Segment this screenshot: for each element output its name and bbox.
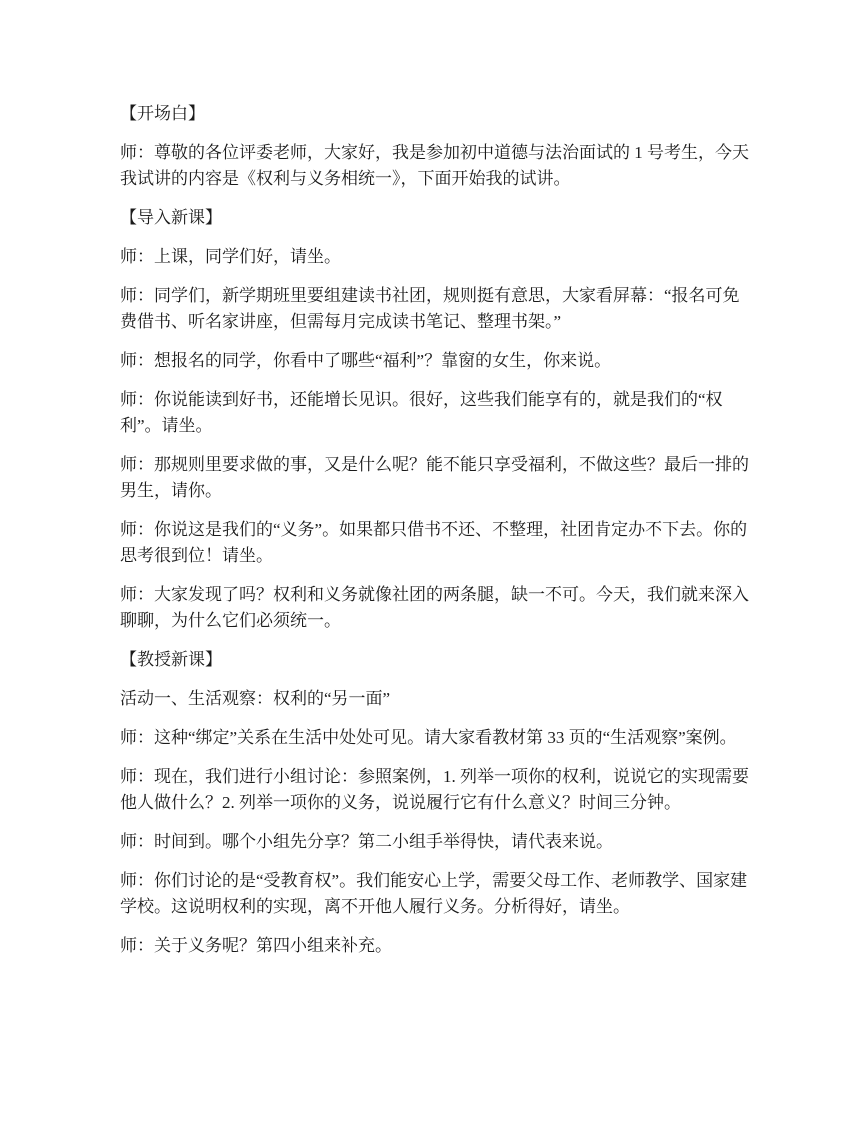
document-body: 【开场白】师：尊敬的各位评委老师，大家好，我是参加初中道德与法治面试的 1 号考… [120,101,752,972]
section-heading: 【开场白】 [120,101,752,127]
script-paragraph: 师：上课，同学们好，请坐。 [120,244,752,270]
script-paragraph: 师：那规则里要求做的事，又是什么呢？能不能只享受福利，不做这些？最后一排的男生，… [120,452,752,504]
document-page: 【开场白】师：尊敬的各位评委老师，大家好，我是参加初中道德与法治面试的 1 号考… [0,0,866,1122]
section-heading: 【导入新课】 [120,205,752,231]
script-paragraph: 活动一、生活观察：权利的“另一面” [120,686,752,712]
script-paragraph: 师：你说能读到好书，还能增长见识。很好，这些我们能享有的，就是我们的“权利”。请… [120,387,752,439]
script-paragraph: 师：大家发现了吗？权利和义务就像社团的两条腿，缺一不可。今天，我们就来深入聊聊，… [120,582,752,634]
script-paragraph: 师：你说这是我们的“义务”。如果都只借书不还、不整理，社团肯定办不下去。你的思考… [120,517,752,569]
script-paragraph: 师：同学们，新学期班里要组建读书社团，规则挺有意思，大家看屏幕：“报名可免费借书… [120,283,752,335]
script-paragraph: 师：关于义务呢？第四小组来补充。 [120,933,752,959]
section-heading: 【教授新课】 [120,647,752,673]
script-paragraph: 师：你们讨论的是“受教育权”。我们能安心上学，需要父母工作、老师教学、国家建学校… [120,868,752,920]
script-paragraph: 师：时间到。哪个小组先分享？第二小组手举得快，请代表来说。 [120,829,752,855]
script-paragraph: 师：尊敬的各位评委老师，大家好，我是参加初中道德与法治面试的 1 号考生，今天我… [120,140,752,192]
script-paragraph: 师：现在，我们进行小组讨论：参照案例，1. 列举一项你的权利，说说它的实现需要他… [120,764,752,816]
script-paragraph: 师：这种“绑定”关系在生活中处处可见。请大家看教材第 33 页的“生活观察”案例… [120,725,752,751]
script-paragraph: 师：想报名的同学，你看中了哪些“福利”？靠窗的女生，你来说。 [120,348,752,374]
